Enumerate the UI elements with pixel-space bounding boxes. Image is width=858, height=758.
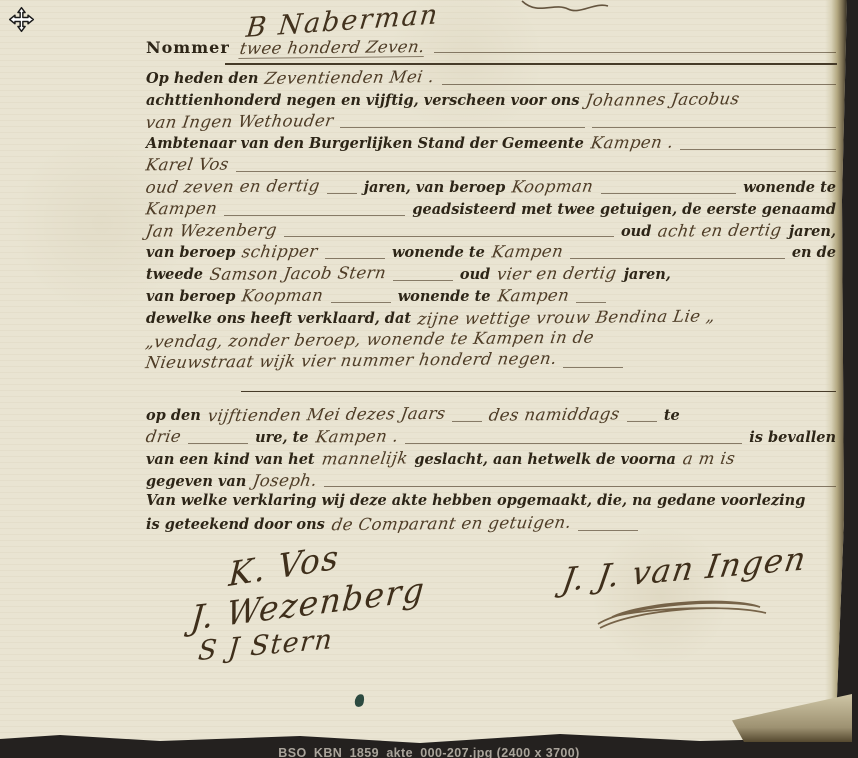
act-line: Op heden denZeventienden Mei .: [146, 68, 836, 90]
act-line: van Ingen Wethouder: [146, 112, 836, 134]
act-line: Van welke verklaring wij deze akte hebbe…: [146, 492, 836, 514]
act-line: Karel Vos: [146, 155, 836, 177]
act-line: tweedeSamson Jacob Sternoudvier en derti…: [146, 264, 836, 286]
section-gap: [146, 373, 836, 405]
act-line: oud zeven en dertigjaren, van beroepKoop…: [146, 177, 836, 199]
pen-flourish-top: [520, 0, 610, 16]
divider-rule-top: [225, 63, 837, 65]
act-line: Jan Wezenbergoudacht en dertigjaren,: [146, 221, 836, 243]
act-line: „vendag, zonder beroep, wonende te Kampe…: [146, 330, 836, 352]
act-body: Op heden denZeventienden Mei . achttienh…: [146, 68, 836, 536]
act-line: Kampengeadsisteerd met twee getuigen, de…: [146, 199, 836, 221]
divider-rule-mid: [241, 391, 836, 392]
nommer-value: twee honderd Zeven.: [238, 37, 426, 59]
act-number-row: Nommer twee honderd Zeven.: [146, 38, 836, 58]
signature-flourish: [588, 588, 773, 634]
act-line: gegeven vanJoseph.: [146, 471, 836, 493]
act-line: van beroepKoopmanwonende teKampen: [146, 286, 836, 308]
scan-canvas[interactable]: B Naberman Nommer twee honderd Zeven. Op…: [0, 0, 847, 745]
ink-blot: [354, 693, 366, 708]
act-line: Ambtenaar van den Burgerlijken Stand der…: [146, 133, 836, 155]
act-line: is geteekend door onsde Comparant en get…: [146, 514, 836, 536]
act-line: drieure, teKampen .is bevallen: [146, 427, 836, 449]
act-line: dewelke ons heeft verklaard, datzijne we…: [146, 308, 836, 330]
nommer-label: Nommer: [146, 38, 230, 57]
act-line: Nieuwstraat wijk vier nummer honderd neg…: [146, 351, 836, 373]
ruled-fill: [434, 50, 836, 53]
act-line: van beroepschipperwonende teKampenen de: [146, 242, 836, 264]
act-line: op denvijftienden Mei dezes Jaarsdes nam…: [146, 405, 836, 427]
image-viewer: B Naberman Nommer twee honderd Zeven. Op…: [0, 0, 858, 758]
move-cursor-icon: [8, 6, 35, 33]
act-line: van een kind van hetmannelijkgeslacht, a…: [146, 449, 836, 471]
act-line: achttienhonderd negen en vijftig, versch…: [146, 90, 836, 112]
filename-caption: BSO_KBN_1859_akte_000-207.jpg (2400 x 37…: [0, 746, 858, 758]
